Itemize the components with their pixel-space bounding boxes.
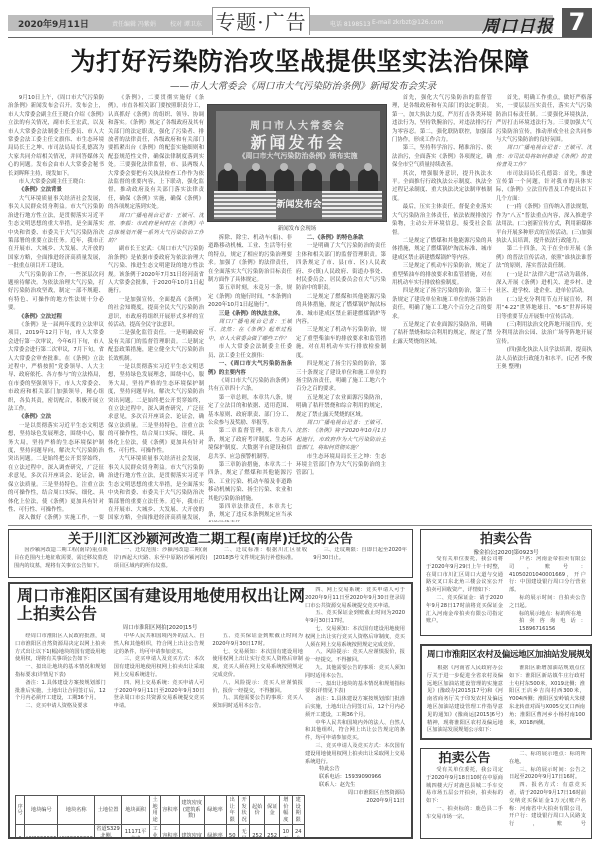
press-conference-photo: 周口市人大常委会 新闻发布会 《周口市大气污染防治条例》颁布实施 新闻发布会 <box>207 104 387 222</box>
masthead-rule <box>8 37 592 38</box>
notice-title: 周口市淮阳区国有建设用地使用权出让网上拍卖公告 <box>15 587 305 623</box>
document-number: 周口市淮阳区网拍[2020]15号 <box>15 623 305 631</box>
backdrop-subtitle: 《周口市大气污染防治条例》颁布实施 <box>216 151 380 161</box>
speakers-row <box>218 169 378 193</box>
paragraph: 三是规定了机动车污染防治，规定了重型柴油车的排放要求和监管措施，对在用机动车实行… <box>392 262 492 287</box>
table-cell: HY2020026 <box>25 825 58 840</box>
paragraph: 二、竞买保证金：请于2020年9月28日17时前将竞买保证金汇入河南金帝拍卖有限… <box>426 595 503 626</box>
land-auction-notice: 周口市淮阳区国有建设用地使用权出让网上拍卖公告 周口市淮阳区网拍[2020]15… <box>8 582 413 839</box>
paragraph: 大气环境质量事关经济社会发展，事关人民群众切身利益。市大气污染防治进行地方性立法… <box>108 455 204 522</box>
section-divider <box>8 525 592 526</box>
paragraph: 副市长王宏武：《周口市大气污染防治条例》是依据市委政府为依法治理大气污染、推进生… <box>108 245 204 295</box>
paragraph: 第一章总则，本章共八条，规定了立法目的和依据、适用范围、基本原则、政府职责、部门… <box>208 394 292 428</box>
paragraph: 首先，明确工作重点，做好严格落实，一要层层压实责任，落实大气污染防治目标责任制。… <box>496 94 592 144</box>
person-icon <box>358 169 378 193</box>
paragraph: 受有关单位委托，我公司将于2020年9月29日上午十时整，在周口市川汇区周口大道… <box>426 556 503 595</box>
column-header: 容积率 <box>161 796 180 825</box>
column-header: 出让年限 <box>226 796 238 825</box>
article-column-5: 首先，强化大气污染防治的监督管理，是各级政府和有关部门的法定职责。第一，加大执法… <box>392 94 492 522</box>
paragraph: 《条例》是一届两年度的立法审议项目，2019年12月下旬，市人大常委会进行第一次… <box>8 321 104 413</box>
column-header: 地块面积 <box>122 796 150 825</box>
person-icon <box>274 169 294 193</box>
speaker: 市人大常委会法制委主任委员、法工委主任文旗伟： <box>208 343 292 360</box>
paragraph: 四是规定了扬尘污染的防治，第三十条规定了建设单位和施工单位的扬尘防治责任，明确了… <box>296 360 386 394</box>
article-column-4: 二、《条例》的特色条款 一是明确了大气污染防治的责任主体和相关部门的监督管理职责… <box>296 234 386 522</box>
paragraph: 第二章监督管理，本章共八条，规定了政府考评制度、生态环境保护制度、大数据平台建设… <box>208 427 292 461</box>
column-header: 保证金 <box>265 796 280 825</box>
newspaper-logo: 周口日报 <box>482 12 554 37</box>
notice-title: 拍卖公告 <box>426 532 586 548</box>
paragraph: 拆除、除尘、机动车(船)、非道路移动机械、工业、生活等行业的特点，规定了相应的污… <box>208 234 292 284</box>
paragraph: 标的展示时间：自拍卖公告之日起。 <box>509 595 586 611</box>
column-header: 起始价 <box>250 796 265 825</box>
paragraph: 第五章时刻，未竟另一条，规定《条例》的施行时间，“本条例自2020年10月1日起… <box>208 284 292 309</box>
reporter-question: 周口广播电视台记者：王敏可、沈然：《条例》将于2020年10月1日起施行，市政府… <box>296 419 386 453</box>
table-cell: 24个月 <box>292 825 304 840</box>
paragraph: 备注：1.具体建设方案按规划部门批准后实施，土地出让合同签订后，12个月内必须开… <box>305 696 405 719</box>
section-heading: 《条例》立法背景 <box>8 186 104 194</box>
masthead: 2020年9月11日 责任编辑 冯紫娟 校对 谭卫东 专题·广告 电话 8198… <box>0 0 600 40</box>
paragraph: (四)强化执法人员学法培训，提高执法人员依法行政能力和水平。(记者 李俊 王奥 … <box>496 346 592 371</box>
article-column-1: 9月10日上午，《周口市大气污染防治条例》新闻发布会召开。发布会上，市人大常委会… <box>8 94 104 522</box>
paragraph: 深入做好《条例》实施工作，一要学习宣传好《条例》，市直各部门要积极宣传，广泛宣传… <box>8 514 104 522</box>
paragraph: 一是明确了大气污染防治的责任主体和相关部门的监督管理职责。第四条规定了市、县(市… <box>296 242 386 292</box>
paragraph: 最后，压实主体责任，督促企业落实大气污染防治主体责任，依法依规排放污染物，主动公… <box>392 203 492 237</box>
paragraph: 一、拟出让地块的基本情况和规划指标要求(详情见下表) <box>15 664 106 680</box>
paragraph: 备注：1.具体建设方案按规划部门批准后实施，土地出让合同签订后，12个月内必须开… <box>15 680 106 703</box>
person-icon <box>302 169 322 193</box>
table-cell: 绿地率≤20% <box>204 825 226 840</box>
paragraph: 三、竞买申请人及竞买方式：本次国有建设用地使用权网上拍卖出让采取网上交易系统进行… <box>305 743 405 766</box>
table-cell: 11171平方米(16.75亩) <box>122 825 150 840</box>
table-cell: 无居住 <box>238 825 249 840</box>
editor-credit: 责任编辑 冯紫娟 <box>112 19 156 28</box>
notice-body: 因沙颍河改造二期工程(南岸)重点项目在范围内土地征收需要，需迁移坟墓范围内的坟墓… <box>14 547 407 577</box>
notice-body: 拍卖公告 受有关单位委托，我公司定于2020年9月18日10时在中原商城四楼大厅… <box>426 751 586 836</box>
paragraph: 二、竞买申请人资格及要求 <box>15 703 106 711</box>
paragraph: 三、竞买申请人及竞买方式：本次国有建设用地使用权网上拍卖出让采取网上交易系统进行… <box>114 656 205 679</box>
notice-title: 关于川汇区沙颍河改造二期工程(南岸)迁坟的公告 <box>14 532 407 547</box>
article-column-2: 《条例》，二要贯彻实施好《条例》，市直各相关部门要按照职责分工，认真抓好《条例》… <box>108 94 204 522</box>
land-parcel-table: 序号 地块编号 地块名称 土地位置 地块面积 土地用途 容积率 建筑密度(建筑系… <box>15 795 305 839</box>
photo-caption: 新闻发布会现场 <box>207 224 387 232</box>
table-row: 1 HY2020026 HY20200026 省道S329北侧、003乡道西侧 … <box>16 825 305 840</box>
page-number: 7 <box>562 8 592 37</box>
paragraph: 中华人民共和国境内外的法人、自然人和其他组织，符合网上出让公告规定的条件，均可申… <box>114 633 205 656</box>
contact-phone: 15939090966 <box>345 774 381 780</box>
auction-notice-zhongda: 拍卖公告 受有关单位委托，我公司定于2020年9月18日10时在中原商城四楼大厅… <box>420 748 592 839</box>
paragraph: 淮阳区新增加油站规划点位如下：淮阳区新站镇牛庄行政村土屯村东500米，X019北… <box>509 665 585 727</box>
table-header-row: 序号 地块编号 地块名称 土地位置 地块面积 土地用途 容积率 建筑密度(建筑系… <box>16 796 305 825</box>
notice-body: 经周口市淮阳区人民政府批准，周口市淮阳区自然资源局决定以网上拍卖方式出让以下1(… <box>15 633 303 793</box>
paragraph: 九、其他需要公告的事项：竞买人须知同时适用本公告。 <box>305 665 405 681</box>
paragraph: 一、迁坟范围：沙颍河改造二期(南岸)西起大庆路、东至中原路(沙颍河段)项目区域内… <box>114 547 208 570</box>
backdrop-title: 新闻发布会 <box>216 130 380 153</box>
paragraph: 三是规定了机动车污染防治，规定了重型柴油车的排放要求和监管措施，对在用机动车实行… <box>296 326 386 360</box>
paragraph: (一)是以“法律六进”活动为载体，深入开展《条例》进机关、进乡村、进社区、进学校… <box>496 271 592 296</box>
section-heading: 《条例》立法 <box>8 413 104 421</box>
column-header: 绿地率 <box>204 796 226 825</box>
grave-relocation-notice: 关于川汇区沙颍河改造二期工程(南岸)迁坟的公告 因沙颍河改造二期工程(南岸)重点… <box>8 529 413 578</box>
column-header: 序号 <box>16 796 25 825</box>
paragraph: 二、迁坟标准：根据川汇区征收[2018]5号文件规定执行补偿标准。 <box>214 547 308 563</box>
contact-phone: 电话 8198513 <box>330 19 371 28</box>
paragraph: 五是规定了农业面源污染防治，明确了秸秆禁烧和综合利用的规定，规定了禁止露天焚烧的… <box>296 394 386 419</box>
paragraph: 《周口市大气污染防治条例》共有五章四十六条。 <box>208 377 292 394</box>
paragraph: 八、风险提示：竞买人应谨慎报价，报价一经提交，不得撤回。 <box>212 680 303 696</box>
article-column-3: 拆除、除尘、机动车(船)、非道路移动机械、工业、生活等行业的特点，规定了相应的污… <box>208 234 292 522</box>
person-icon <box>330 169 350 193</box>
table-cell: 252万元 <box>265 825 280 840</box>
reporter-question: 周口广播电视台记者：王敏可、沈然：在《条例》起草过程中，市人大常委会做了哪些工作… <box>208 318 292 343</box>
paragraph: (二)是充分利用节点开展宣传，利用“4·22”世界地球日、“6·5”世界环境日等… <box>496 296 592 321</box>
paragraph: 四是规定了扬尘污染的防治，第三十条规定了建设单位和施工单位的扬尘防治责任，明确了… <box>392 287 492 321</box>
table-cell: 50年 <box>226 825 238 840</box>
column-header: 开发状况 <box>238 796 249 825</box>
paragraph: 根据《河南省人民政府办公厅关于进一步促进全省农村及偏远地区加油站建设管理的实施意… <box>427 665 503 735</box>
section-heading: 《条例》立法过程 <box>8 313 104 321</box>
paragraph: 大气环境质量事关经济社会发展，事关人民群众切身利益。市大气污染防治进行地方性立法… <box>8 195 104 271</box>
paragraph: 一是以贯彻落实习近平生态文明思想，坚持绿色发展理念，围绕中心，服务大局，坚持严格… <box>8 422 104 514</box>
paragraph: 七、交易须知：本次国有建设用地使用权网上出让实行竞买人资格后审制度，竞买人须在网… <box>305 626 405 649</box>
paragraph: 户名：河南金帝拍卖有限公司，账号：41050201040001669，开户行：中… <box>509 556 586 595</box>
paragraph: 二是强化监管责任。一是明确政府及有关部门的监督管理职责。二是制定配套政策措施，建… <box>108 329 204 363</box>
desk-sign: 新闻发布会 <box>276 191 322 219</box>
auction-notice-jindi: 拍卖公告 豫金拍公[2020]第0923号 受有关单位委托，我公司将于2020年… <box>420 529 592 636</box>
gas-station-plan-notice: 周口市淮阳区农村及偏远地区加油站发展规划公示 根据《河南省人民政府办公厅关于进一… <box>420 644 592 740</box>
person-icon <box>246 169 266 193</box>
section-heading: 三是《条例》的执法主体。 <box>208 310 292 318</box>
paragraph: 因沙颍河改造二期工程(南岸)重点项目在范围内土地征收需要，需迁移坟墓范围内的坟墓… <box>14 547 108 570</box>
table-cell: HY20200026 <box>58 825 94 840</box>
table-cell: 工业用地 <box>149 825 160 840</box>
paragraph: 9月10日上午，《周口市大气污染防治条例》新闻发布会召开。发布会上，市人大常委会… <box>8 94 104 178</box>
notice-body-right: 四、网上交易系统：竞买申请人可于2020年9月11日至2020年9月30日登录周… <box>305 587 405 832</box>
paragraph: 一、拍卖标的：鹿邑县二手车交易市场一宗。 <box>426 806 503 822</box>
proofreader-credit: 校对 谭卫东 <box>170 19 202 28</box>
table-cell: 1 <box>16 825 25 840</box>
column-header: 地块名称 <box>58 796 94 825</box>
paragraph: 五是规定了农业面源污染防治，明确了秸秆禁烧和综合利用的规定，规定了禁止露天焚烧的… <box>392 321 492 346</box>
section-heading: 二、《条例》的特色条款 <box>296 234 386 242</box>
column-header: 增价幅度 <box>280 796 292 825</box>
notice-issuer: 周口市淮阳区自然资源局 <box>305 790 405 798</box>
table-cell: 10万元 <box>280 825 292 840</box>
article-column-6: 首先，明确工作重点，做好严格落实，一要层层压实责任，落实大气污染防治目标责任制。… <box>496 94 592 522</box>
paragraph: 第四章法律责任，本章共七条，规定了违反本条例规定应当承担的法律责任。 <box>208 503 292 522</box>
paragraph: 第二十四条，关于在全市开展《条例》的普法宣传活动，依照“谁执法谁普法”的原则，落… <box>496 245 592 270</box>
paragraph: 三、迁坟期限：自即日起至2020年9月30日止。 <box>313 547 407 563</box>
paragraph: 五、竞买保证金到账截止时间为2020年9月30日17时。 <box>305 610 405 626</box>
article-headline: 为打好污染防治攻坚战提供坚实法治保障 <box>0 42 600 78</box>
reporter-question: 周口广播电视台记者：王敏可、沈然：市司法局将如何推进《条例》的宣传普及工作？ <box>496 144 592 169</box>
paragraph: 九、其他需要公告的事项：竞买人须知同时适用本公告。 <box>212 695 303 711</box>
contact-label: 联系电话： <box>319 774 345 780</box>
consult-phone: 拍卖咨询电话：15896716156 <box>509 618 586 634</box>
paragraph: 其次，增强服务意识，提升执法水平。全面推行行政执法公示制度、执法全过程记录制度、… <box>392 170 492 204</box>
notice-body: 受有关单位委托，我公司将于2020年9月29日上午十时整，在周口市川汇区周口大道… <box>426 556 586 636</box>
paragraph: 二、标的展示地点：标的所在地。 <box>509 751 586 767</box>
paragraph: (三)利用法治文化阵地开展宣传，充分利用法治公园、法治广场等阵地开展宣传。 <box>496 321 592 346</box>
notice-title: 拍卖公告 <box>426 751 503 767</box>
column-header: 地块编号 <box>25 796 58 825</box>
speaker: 市生态环境局局长王之坤：生态环境主管部门作为大气污染防治的主管部门。 <box>296 453 386 478</box>
table-cell: 252万元 <box>250 825 265 840</box>
notice-date: 2020年9月11日 <box>305 798 405 806</box>
paragraph: 二是规定了燃煤和其他能源污染的具体措施，规定了燃煤锅炉淘汰标准、城市建成区禁止新… <box>296 293 386 327</box>
paragraph: 经周口市淮阳区人民政府批准，周口市淮阳区自然资源局决定以网上拍卖方式出让以下1(… <box>15 633 106 664</box>
person-icon <box>218 169 238 193</box>
column-header: 建筑密度(建筑系数) <box>179 796 204 825</box>
section-label: 专题·广告 <box>212 7 310 35</box>
paragraph: 第三，坚持科学治污、精准治污、依法治污，全面落实《条例》各项规定，确保全市空气质… <box>392 144 492 169</box>
paragraph: 市司法局局长孔德嵩：首先，推进宣传第一个问题，针对我市的具体实际，《条例》立法宣… <box>496 170 592 204</box>
table-cell: 容积率≥1.0 <box>161 825 180 840</box>
paragraph: 二是规定了燃煤和其他能源污染的具体措施，规定了燃煤锅炉淘汰标准、城市建成区禁止新… <box>392 237 492 262</box>
contact-email: E-mail zkrbzt@126.com <box>372 19 443 26</box>
paragraph: 《条例》，二要贯彻实施好《条例》，市直各相关部门要按照职责分工，认真抓好《条例》… <box>108 94 204 212</box>
paragraph: 一是以贯彻落实习近平生态文明思想，坚持绿色发展理念，围绕中心，服务大局，坚持严格… <box>108 363 204 455</box>
notice-title: 周口市淮阳区农村及偏远地区加油站发展规划公示 <box>427 649 585 662</box>
paragraph: 中华人民共和国境内外的法人、自然人和其他组织，符合网上出让公告规定的条件，均可申… <box>305 720 405 743</box>
paragraph: 七、交易须知：本次国有建设用地使用权网上出让实行竞买人资格后审制度，竞买人须在网… <box>212 649 303 680</box>
contact-person: 联系人：赵先生 <box>305 782 405 790</box>
table-cell: 建筑密度≥40% <box>179 825 204 840</box>
paragraph: 一、拟出让地块的基本情况和规划指标要求(详情见下表) <box>305 681 405 697</box>
paragraph: 首先，强化大气污染防治的监督管理，是各级政府和有关部门的法定职责。第一，加大执法… <box>392 94 492 144</box>
paragraph: 大气污染防治工作，一些深层次问题亟待解决。为依法治理大气污染，打好污染防治攻坚战… <box>8 271 104 313</box>
document-number: 豫金拍公[2020]第0923号 <box>426 548 586 556</box>
paragraph: 五、竞买保证金到账截止时间为2020年9月30日17时。 <box>212 633 303 649</box>
speaker: 市人大常委会副主任王晓白： <box>8 178 104 186</box>
paragraph: 四、网上交易系统：竞买申请人可于2020年9月11日至2020年9月30日登录周… <box>114 680 205 711</box>
column-header: 土地位置 <box>94 796 121 825</box>
notice-signoff: 特此公告 <box>305 766 405 774</box>
paragraph: (一)将《条例》宣传纳入普法规划，作为“八五”普法重点内容，深入推进学法用法。(… <box>496 203 592 245</box>
paragraph: 四、网上交易系统：竞买申请人可于2020年9月11日至2020年9月30日登录周… <box>305 587 405 610</box>
paragraph: 八、风险提示：竞买人应谨慎报价，报价一经提交，不得撤回。 <box>305 649 405 665</box>
reporter-question: 周口广播电视台记者：王敏可、沈然、李振：市政府是何时在《条例》中总体规划开展一系… <box>108 212 204 246</box>
column-header: 土地用途 <box>149 796 160 825</box>
issue-date: 2020年9月11日 <box>18 17 89 30</box>
paragraph: 一是加强宣传，全面提高《条例》的社会知晓度，提高全民大气污染防治意识，市政府将组… <box>108 296 204 330</box>
article-subhead: ——市人大常委会《周口市大气污染防治条例》新闻发布会实录 <box>170 78 500 92</box>
table-cell: 省道S329北侧、003乡道西侧 <box>94 825 121 840</box>
notice-body: 根据《河南省人民政府办公厅关于进一步促进全省农村及偏远地区加油站建设管理的实施意… <box>427 665 585 737</box>
column-header: 建设期限 <box>292 796 304 825</box>
paragraph: 第三章防治措施，本章共二十四条，规定了燃煤和其他能源污染、工业污染、机动车船及非… <box>208 461 292 503</box>
section-heading: 一、《周口市大气污染防治条例》的主要内容 <box>208 360 292 377</box>
paragraph: 受有关单位委托，我公司定于2020年9月18日10时在中原商城四楼大厅对鹿邑县城… <box>426 767 503 806</box>
paragraph: 三、标的展示时间：公告之日起至2020年9月17日16时。 <box>509 767 586 783</box>
